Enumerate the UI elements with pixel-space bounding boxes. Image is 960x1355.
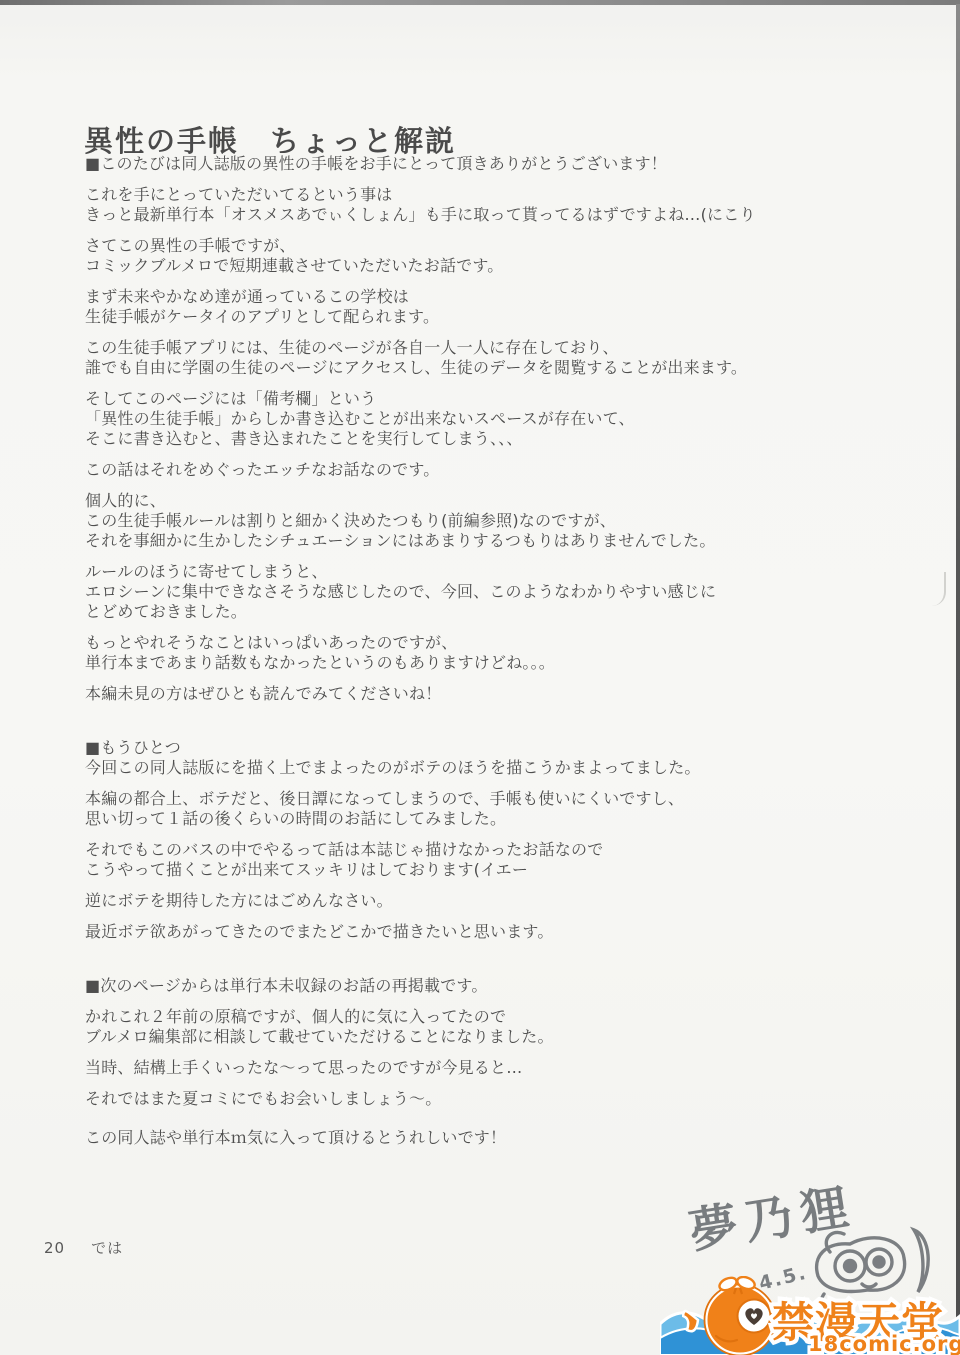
paragraph: 当時、結構上手くいったな～って思ったのですが今見ると… xyxy=(85,1058,905,1078)
text-line: まず未来やかなめ達が通っているこの学校は xyxy=(85,287,905,307)
footer-note: では xyxy=(91,1239,123,1257)
paragraph: 本編の都合上、ボテだと、後日譚になってしまうので、手帳も使いにくいですし、思い切… xyxy=(85,789,905,829)
scan-edge-right xyxy=(956,4,960,1355)
text-line: そしてこのページには「備考欄」という xyxy=(85,389,905,409)
text-line: 「異性の生徒手帳」からしか書き込むことが出来ないスペースが存在いて、 xyxy=(85,409,905,429)
text-line: ■もうひとつ xyxy=(85,738,905,758)
text-line: ブルメロ編集部に相談して載せていただけることになりました。 xyxy=(85,1027,905,1047)
text-line: それでもこのバスの中でやるって話は本誌じゃ描けなかったお話なので xyxy=(85,840,905,860)
text-line: 本編の都合上、ボテだと、後日譚になってしまうので、手帳も使いにくいですし、 xyxy=(85,789,905,809)
text-line: ルールのほうに寄せてしまうと、 xyxy=(85,562,905,582)
text-line: ■次のページからは単行本未収録のお話の再掲載です。 xyxy=(85,976,905,996)
text-line: さてこの異性の手帳ですが、 xyxy=(85,236,905,256)
page-footer: 20では xyxy=(44,1237,123,1258)
paragraph: そしてこのページには「備考欄」という「異性の生徒手帳」からしか書き込むことが出来… xyxy=(85,389,905,449)
text-line: この話はそれをめぐったエッチなお話なのです。 xyxy=(85,460,905,480)
text-line: 思い切って１話の後くらいの時間のお話にしてみました。 xyxy=(85,809,905,829)
text-line: 当時、結構上手くいったな～って思ったのですが今見ると… xyxy=(85,1058,905,1078)
paragraph: それでもこのバスの中でやるって話は本誌じゃ描けなかったお話なのでこうやって描くこ… xyxy=(85,840,905,880)
paragraph: ■次のページからは単行本未収録のお話の再掲載です。 xyxy=(85,976,905,996)
text-line: とどめておきました。 xyxy=(85,602,905,622)
paragraph: これを手にとっていただいてるという事はきっと最新単行本「オスメスあでぃくしょん」… xyxy=(85,185,905,225)
paragraph: 本編未見の方はぜひとも読んでみてくださいね！ xyxy=(85,684,905,704)
text-line: 生徒手帳がケータイのアプリとして配られます。 xyxy=(85,307,905,327)
page-curl-artifact xyxy=(930,572,946,606)
paragraph: 逆にボテを期待した方にはごめんなさい。 xyxy=(85,891,905,911)
paragraph: ■このたびは同人誌版の異性の手帳をお手にとって頂きありがとうございます！ xyxy=(85,154,905,174)
paragraph: 個人的に、この生徒手帳ルールは割りと細かく決めたつもり(前編参照)なのですが、そ… xyxy=(85,491,905,551)
text-line: 最近ボテ欲あがってきたのでまたどこかで描きたいと思います。 xyxy=(85,922,905,942)
paragraph: まず未来やかなめ達が通っているこの学校は生徒手帳がケータイのアプリとして配られま… xyxy=(85,287,905,327)
text-line: エロシーンに集中できなさそうな感じしたので、今回、このようなわかりやすい感じに xyxy=(85,582,905,602)
paragraph: ■もうひとつ今回この同人誌版にを描く上でまよったのがボテのほうを描こうかまよって… xyxy=(85,738,905,778)
text-line: コミックブルメロで短期連載させていただいたお話です。 xyxy=(85,256,905,276)
scan-edge-top xyxy=(0,0,960,5)
paragraph: それではまた夏コミにでもお会いしましょう～。 xyxy=(85,1089,905,1109)
text-line: 誰でも自由に学園の生徒のページにアクセスし、生徒のデータを閲覧することが出来ます… xyxy=(85,358,905,378)
text-line: もっとやれそうなことはいっぱいあったのですが、 xyxy=(85,633,905,653)
paragraph: もっとやれそうなことはいっぱいあったのですが、単行本まであまり話数もなかったとい… xyxy=(85,633,905,673)
paragraph: 最近ボテ欲あがってきたのでまたどこかで描きたいと思います。 xyxy=(85,922,905,942)
paragraph: この話はそれをめぐったエッチなお話なのです。 xyxy=(85,460,905,480)
body-text: ■このたびは同人誌版の異性の手帳をお手にとって頂きありがとうございます！これを手… xyxy=(85,154,905,1159)
text-line: それではまた夏コミにでもお会いしましょう～。 xyxy=(85,1089,905,1109)
text-line: 本編未見の方はぜひとも読んでみてくださいね！ xyxy=(85,684,905,704)
text-line: この生徒手帳ルールは割りと細かく決めたつもり(前編参照)なのですが、 xyxy=(85,511,905,531)
text-line: きっと最新単行本「オスメスあでぃくしょん」も手に取って貰ってるはずですよね…(に… xyxy=(85,205,905,225)
paragraph: さてこの異性の手帳ですが、コミックブルメロで短期連載させていただいたお話です。 xyxy=(85,236,905,276)
text-line: 個人的に、 xyxy=(85,491,905,511)
text-line: かれこれ２年前の原稿ですが、個人的に気に入ってたので xyxy=(85,1007,905,1027)
paragraph: この生徒手帳アプリには、生徒のページが各自一人一人に存在しており、誰でも自由に学… xyxy=(85,338,905,378)
paragraph: ルールのほうに寄せてしまうと、エロシーンに集中できなさそうな感じしたので、今回、… xyxy=(85,562,905,622)
watermark-site-url: 18comic.org xyxy=(808,1332,960,1355)
paragraph: かれこれ２年前の原稿ですが、個人的に気に入ってたのでブルメロ編集部に相談して載せ… xyxy=(85,1007,905,1047)
text-line: これを手にとっていただいてるという事は xyxy=(85,185,905,205)
site-watermark: 禁漫天堂 禁漫天堂 18comic.org 18comic.org xyxy=(660,1272,960,1355)
text-line: この同人誌や単行本ｍ気に入って頂けるとうれしいです！ xyxy=(85,1128,905,1148)
text-line: そこに書き込むと、書き込まれたことを実行してしまう、、、 xyxy=(85,429,905,449)
scanned-page: 異性の手帳 ちょっと解説 ■このたびは同人誌版の異性の手帳をお手にとって頂きあり… xyxy=(0,0,960,1355)
paragraph: この同人誌や単行本ｍ気に入って頂けるとうれしいです！ xyxy=(85,1128,905,1148)
text-line: 逆にボテを期待した方にはごめんなさい。 xyxy=(85,891,905,911)
watermark-text: 禁漫天堂 禁漫天堂 18comic.org 18comic.org xyxy=(772,1290,960,1355)
text-line: それを事細かに生かしたシチュエーションにはあまりするつもりはありませんでした。 xyxy=(85,531,905,551)
text-line: 単行本まであまり話数もなかったというのもありますけどね。。。 xyxy=(85,653,905,673)
text-line: ■このたびは同人誌版の異性の手帳をお手にとって頂きありがとうございます！ xyxy=(85,154,905,174)
page-number: 20 xyxy=(44,1239,65,1257)
text-line: この生徒手帳アプリには、生徒のページが各自一人一人に存在しており、 xyxy=(85,338,905,358)
text-line: 今回この同人誌版にを描く上でまよったのがボテのほうを描こうかまよってました。 xyxy=(85,758,905,778)
text-line: こうやって描くことが出来てスッキリはしております(イエー xyxy=(85,860,905,880)
